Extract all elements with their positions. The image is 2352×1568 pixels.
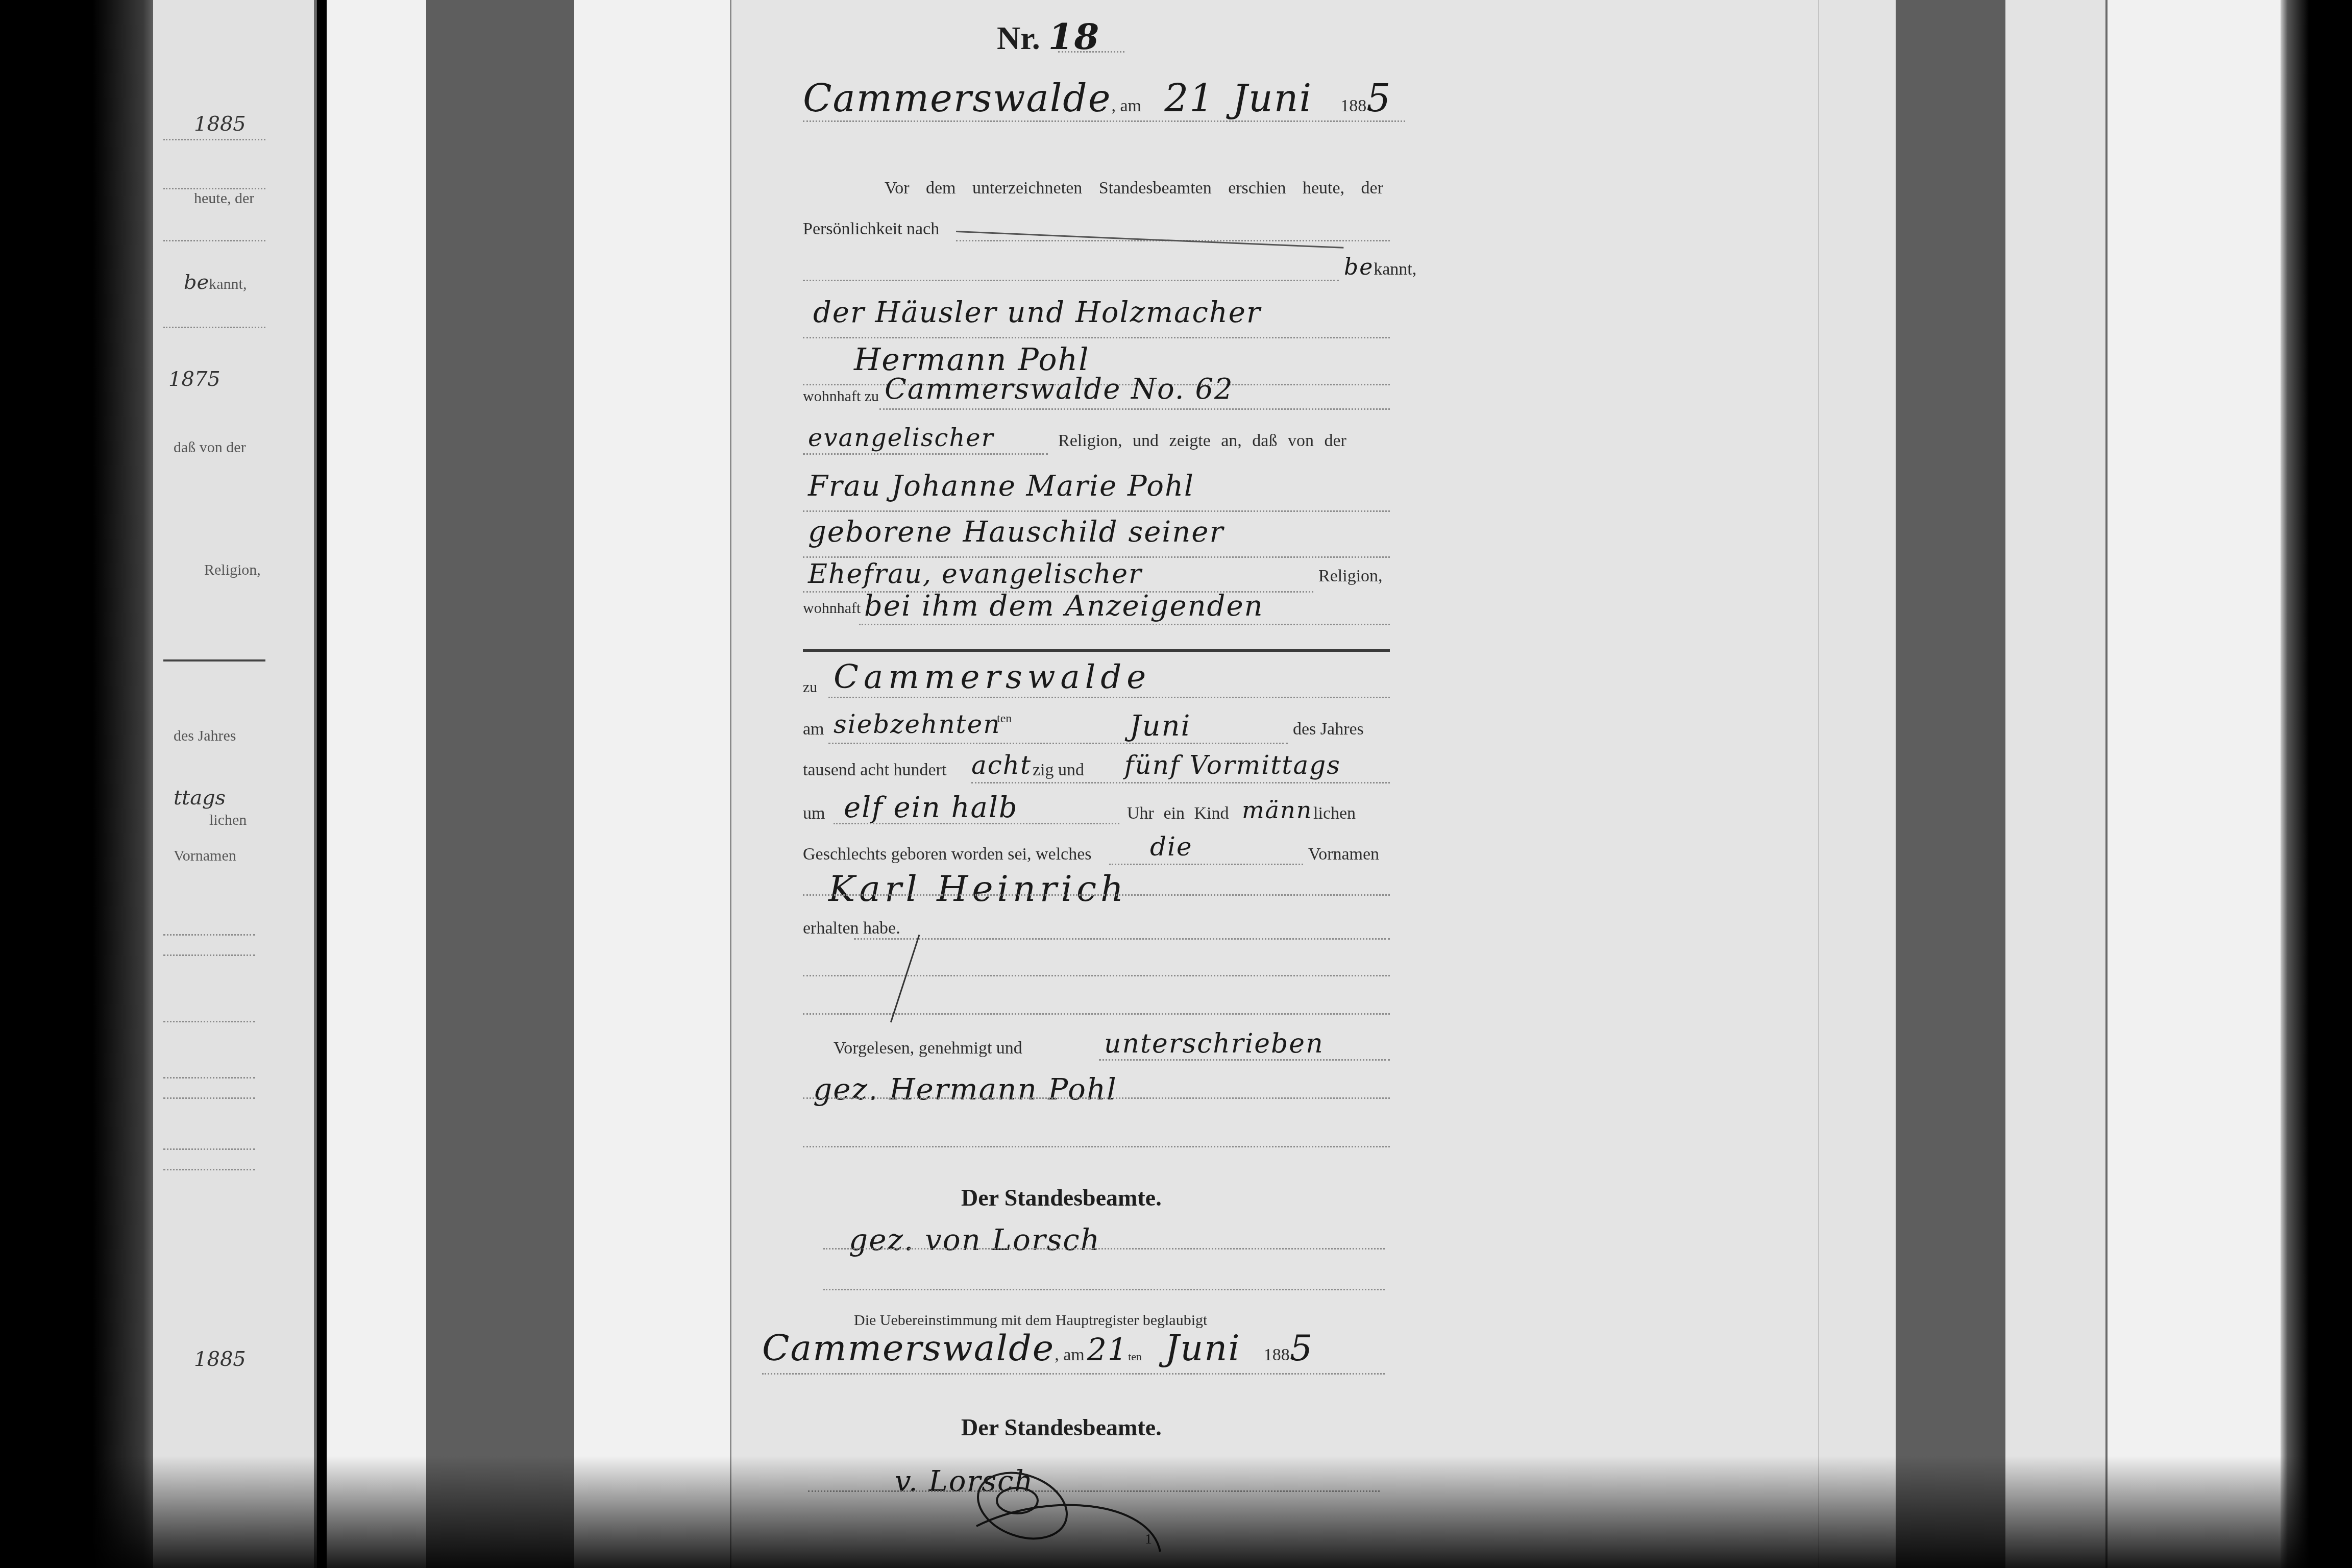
dotted-line	[803, 337, 1390, 338]
place-date-dotted-line	[803, 120, 1405, 122]
left-dotted-line	[163, 954, 255, 956]
dark-film-strip	[1896, 0, 2005, 1568]
section-rule	[803, 649, 1390, 652]
left-dotted-line	[163, 139, 265, 140]
dotted-line	[803, 556, 1390, 558]
dotted-line	[971, 782, 1390, 783]
left-dotted-line	[163, 1077, 255, 1079]
dotted-line	[762, 1373, 1385, 1375]
dotted-line	[828, 743, 1288, 744]
left-partial-page: 1885 heute, der bekannt, 1875 daß von de…	[153, 0, 316, 1568]
place-date-line: Cammerswalde, am 21 Juni 1885	[803, 77, 1466, 120]
sex-suffix: lichen	[1313, 804, 1356, 823]
left-dass-von-der: daß von der	[174, 439, 246, 456]
left-religion: Religion,	[204, 561, 261, 579]
dotted-line	[803, 510, 1390, 512]
blank-page-strip	[327, 0, 426, 1568]
slash-mark	[890, 935, 920, 1022]
registrar-signature: gez. von Lorsch	[849, 1222, 1100, 1257]
entry-number-line	[1058, 51, 1124, 53]
year-text-decade: acht	[971, 750, 1032, 780]
time-text: Uhr ein Kind	[1127, 804, 1229, 823]
certification-text: Die Uebereinstimmung mit dem Hauptregist…	[854, 1312, 1207, 1329]
left-dotted-line	[163, 1097, 255, 1099]
film-edge-right	[2281, 0, 2352, 1568]
informant-signature: gez. Hermann Pohl	[813, 1072, 1117, 1107]
mother-residence-value: bei ihm dem Anzeigenden	[864, 590, 1264, 623]
left-rule	[163, 659, 265, 661]
dotted-line	[828, 697, 1390, 698]
dotted-line	[803, 894, 1390, 896]
left-lichen: lichen	[209, 812, 247, 829]
religion-text: Religion, und zeigte an, daß von der	[1058, 431, 1346, 451]
birth-day-label: am	[803, 720, 824, 739]
year-text-mid: zig und	[1033, 761, 1084, 780]
left-dotted-line	[163, 188, 265, 189]
dotted-line	[1099, 1059, 1390, 1061]
left-dotted-line	[163, 240, 265, 241]
left-year-top: 1885	[194, 112, 246, 136]
mother-religion-label: Religion,	[1318, 567, 1383, 586]
birth-certificate-form: Nr. 18 Cammerswalde, am 21 Juni 1885 Vor…	[730, 0, 1821, 1568]
intro-text: Vor dem unterzeichneten Standesbeamten e…	[885, 179, 1383, 198]
residence-label: wohnhaft zu	[803, 388, 879, 405]
left-bekannt: bekannt,	[184, 271, 247, 294]
identity-line-2	[803, 280, 1339, 281]
mother-name: Frau Johanne Marie Pohl	[808, 470, 1194, 503]
left-year-bottom: 1885	[194, 1347, 246, 1371]
dotted-line	[803, 975, 1390, 976]
left-heute-der: heute, der	[194, 190, 254, 207]
time-value: elf ein halb	[844, 791, 1018, 824]
left-des-jahres: des Jahres	[174, 727, 236, 745]
birth-place-label: zu	[803, 679, 817, 696]
informant-religion: evangelischer	[808, 424, 994, 452]
child-names: Karl Heinrich	[828, 868, 1128, 910]
sex-value: männ	[1242, 796, 1312, 824]
birth-month-value: Juni	[1130, 709, 1191, 743]
page-edge-line	[314, 0, 316, 1568]
blank-page-strip	[2005, 0, 2108, 1568]
blank-page-strip	[574, 0, 730, 1568]
approval-value: unterschrieben	[1104, 1028, 1324, 1059]
birth-year-label: des Jahres	[1293, 720, 1364, 739]
dotted-line	[803, 453, 1048, 455]
dotted-line	[823, 1248, 1385, 1249]
birth-day-value: siebzehnten	[834, 709, 1000, 739]
dotted-line	[803, 1097, 1390, 1099]
dotted-line	[803, 1013, 1390, 1015]
informant-occupation: der Häusler und Holzmacher	[813, 296, 1261, 329]
born-text: Geschlechts geboren worden sei, welches	[803, 845, 1092, 864]
film-edge-bottom	[0, 1456, 2352, 1568]
left-year-mid: 1875	[168, 367, 220, 391]
dotted-line	[859, 624, 1390, 625]
page-margin-strip	[1819, 0, 1896, 1568]
film-edge-left	[0, 0, 168, 1568]
dotted-line	[803, 1146, 1390, 1147]
mother-maiden-name: geborene Hauschild seiner	[808, 516, 1224, 549]
certification-heading: Der Standesbeamte.	[961, 1414, 1162, 1441]
time-label: um	[803, 804, 825, 823]
received-text: erhalten habe.	[803, 919, 900, 938]
left-dotted-line	[163, 1021, 255, 1022]
names-article: die	[1150, 832, 1193, 862]
left-vormittags: ttags	[174, 786, 226, 810]
residence-value: Cammerswalde No. 62	[885, 373, 1234, 406]
dotted-line	[1109, 864, 1303, 865]
mother-religion: Ehefrau, evangelischer	[808, 559, 1142, 590]
left-vornamen: Vornamen	[174, 847, 236, 865]
dotted-line	[854, 938, 1390, 940]
approval-text: Vorgelesen, genehmigt und	[834, 1039, 1022, 1058]
certification-place-date: Cammerswalde, am 21ten Juni 1885	[762, 1327, 1451, 1369]
mother-residence-label: wohnhaft	[803, 600, 861, 617]
dotted-line	[823, 1289, 1385, 1290]
birth-place-value: Cammerswalde	[834, 658, 1151, 696]
dotted-line	[834, 823, 1119, 824]
birth-day-suffix: ten	[997, 712, 1012, 726]
registrar-heading: Der Standesbeamte.	[961, 1184, 1162, 1211]
left-dotted-line	[163, 327, 265, 328]
dotted-line	[879, 408, 1390, 410]
left-dotted-line	[163, 934, 255, 936]
left-dotted-line	[163, 1169, 255, 1170]
year-text-prefix: tausend acht hundert	[803, 761, 946, 780]
identity-label: Persönlichkeit nach	[803, 219, 939, 239]
names-label: Vornamen	[1308, 845, 1379, 864]
blank-page-strip	[2108, 0, 2286, 1568]
left-dotted-line	[163, 1148, 255, 1150]
bekannt-text: bekannt,	[1344, 254, 1416, 280]
dark-film-strip	[426, 0, 574, 1568]
year-text-unit-time-of-day: fünf Vormittags	[1124, 750, 1341, 780]
